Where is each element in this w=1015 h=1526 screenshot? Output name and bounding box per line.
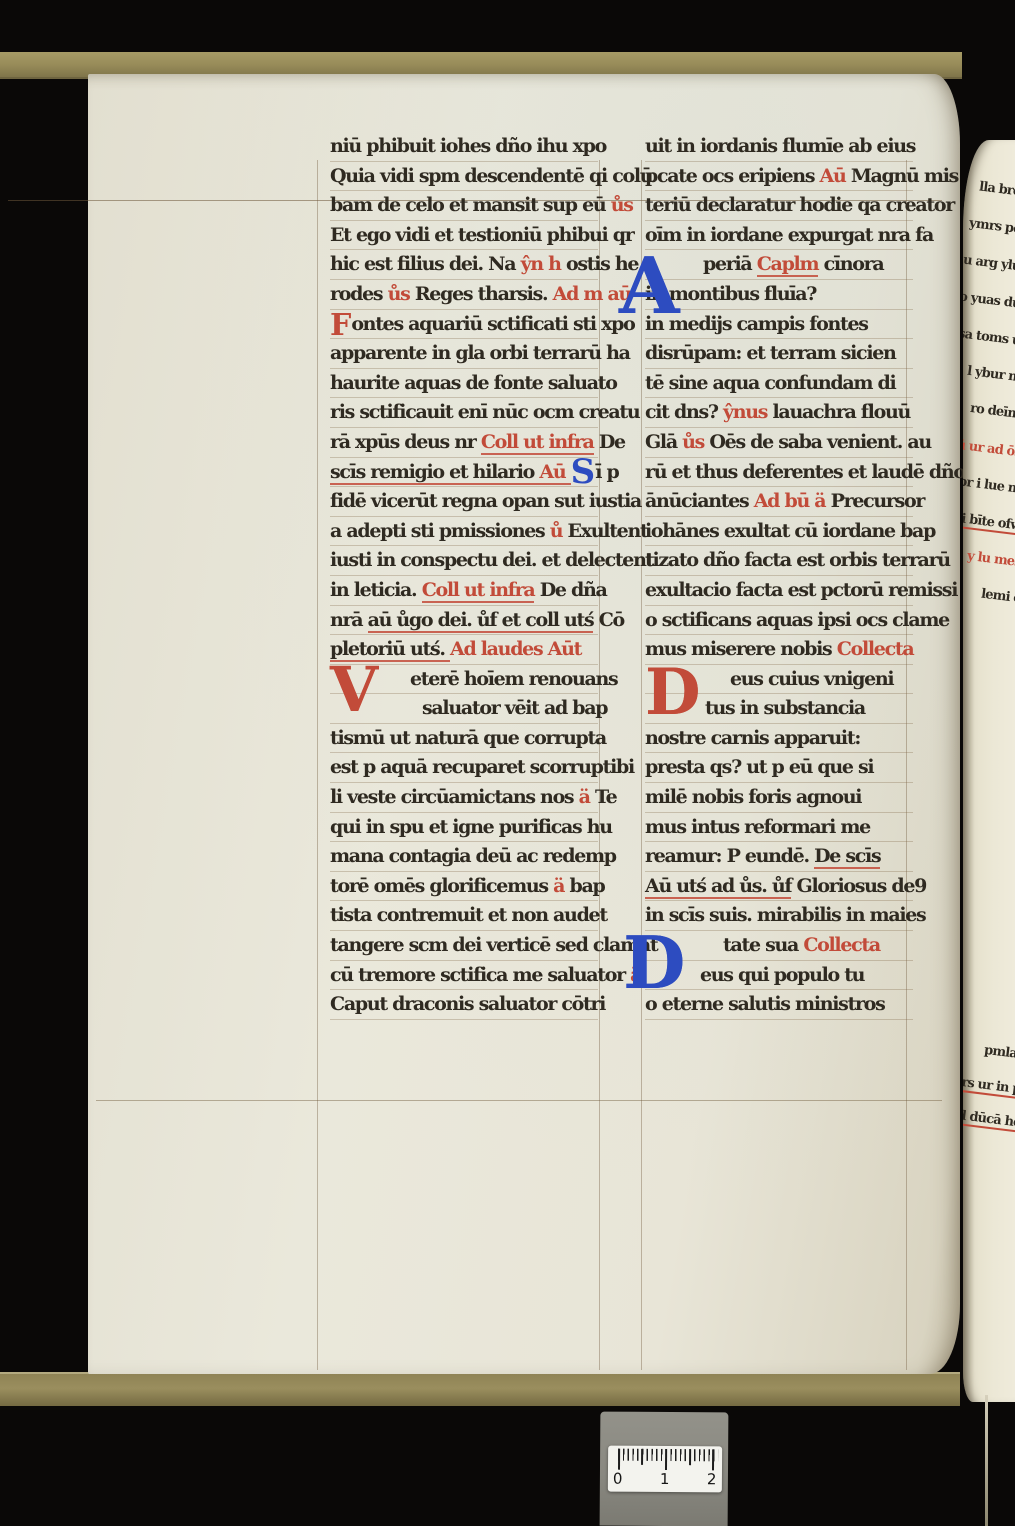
body-text: torē omēs glorificemus bbox=[330, 875, 553, 897]
manuscript-text-line: tangere scm dei verticē sed clamāt bbox=[330, 931, 598, 961]
edge-fragment: pmlai bbox=[983, 1043, 1015, 1062]
scale-ruler-card: 0 1 2 bbox=[600, 1412, 729, 1526]
manuscript-text-line: apparente in gla orbi terrarū ha bbox=[330, 339, 598, 369]
edge-fragment: lla brō bbox=[978, 180, 1015, 200]
body-text: Te bbox=[590, 786, 617, 808]
body-text: Et ego vidi et testioniū phibui qr bbox=[330, 224, 633, 246]
body-text: De bbox=[594, 431, 625, 453]
body-text: Glā bbox=[645, 431, 682, 453]
body-text: Quia vidi spm descendentē qi colū bbox=[330, 165, 652, 187]
body-text: bam de celo et mansit sup eū bbox=[330, 194, 611, 216]
manuscript-text-line: Quia vidi spm descendentē qi colū bbox=[330, 162, 598, 192]
body-text: rā xpūs deus nr bbox=[330, 431, 481, 453]
manuscript-text-line: Fontes aquariū sctificati sti xpo bbox=[330, 310, 598, 340]
body-text: exultacio facta est pctorū remissi bbox=[645, 579, 957, 601]
body-text: nostre carnis apparuit: bbox=[645, 727, 860, 749]
rubric-text: Collecta bbox=[803, 934, 880, 956]
body-text: fidē vicerūt regna opan sut iustia bbox=[330, 490, 641, 512]
rubric-text: ů bbox=[550, 520, 563, 542]
edge-fragment: y lu mes bbox=[966, 549, 1015, 570]
body-text: lauachra flouū bbox=[767, 401, 910, 423]
body-text: Precursor bbox=[831, 490, 924, 512]
page-edge-highlight bbox=[985, 1395, 988, 1526]
text-column-right: uit in iordanis flumīe ab eiuspcate ocs … bbox=[645, 132, 913, 1020]
ruler-tick-2 bbox=[712, 1449, 714, 1470]
manuscript-text-line: iusti in conspectu dei. et delectent bbox=[330, 546, 598, 576]
body-text: a adepti sti pmissiones bbox=[330, 520, 550, 542]
manuscript-text-line: rā xpūs deus nr Coll ut infra De bbox=[330, 428, 598, 458]
manuscript-text-line: scīs remigio et hilario Aū Sī p bbox=[330, 458, 598, 488]
body-text: iohānes exultat cū iordane bap bbox=[645, 520, 935, 542]
body-text: Exultent bbox=[562, 520, 647, 542]
body-text: est p aquā recuparet scorruptibi bbox=[330, 756, 634, 778]
manuscript-text-line: Aū utś ad ůs. ůf Gloriosus de9 bbox=[645, 872, 913, 902]
rubric-text: ůs bbox=[388, 283, 410, 305]
manuscript-text-line: tizato dño facta est orbis terrarū bbox=[645, 546, 913, 576]
body-text: presta qs? ut p eū que si bbox=[645, 756, 873, 778]
manuscript-text-line: qui in spu et igne purificas hu bbox=[330, 813, 598, 843]
ruling-horizontal-bottom bbox=[96, 1100, 942, 1101]
body-text: eterē hoīem renouans bbox=[410, 668, 617, 690]
body-text: niū phibuit iohes dño ihu xpo bbox=[330, 135, 606, 157]
body-text: cū tremore sctifica me saluator bbox=[330, 964, 630, 986]
body-text: in leticia. bbox=[330, 579, 422, 601]
body-text: Gloriosus de9 bbox=[791, 875, 926, 897]
edge-fragment: o yuas dū bbox=[963, 289, 1015, 311]
body-text: o sctificans aquas ipsi ocs clame bbox=[645, 609, 949, 631]
rubric-text: Aū bbox=[539, 461, 570, 485]
edge-fragment: ymrs po bbox=[968, 216, 1015, 237]
body-text: tate sua bbox=[723, 934, 803, 956]
body-text: periā bbox=[703, 253, 757, 275]
manuscript-text-line: teriū declaratur hodie qa creator bbox=[645, 191, 913, 221]
manuscript-text-line: est p aquā recuparet scorruptibi bbox=[330, 753, 598, 783]
body-text: Magnū mis bbox=[846, 165, 959, 187]
edge-fragment: dū ur ad ōs bbox=[963, 437, 1015, 461]
manuscript-text-line: tē sine aqua confundam di bbox=[645, 369, 913, 399]
body-text: ontes aquariū sctificati sti xpo bbox=[351, 313, 634, 335]
body-text: hic est filius dei. Na bbox=[330, 253, 521, 275]
manuscript-text-line: uit in iordanis flumīe ab eius bbox=[645, 132, 913, 162]
body-text: aū ůgo dei. ůf et coll utś bbox=[368, 609, 594, 633]
body-text: cīnora bbox=[818, 253, 883, 275]
manuscript-text-line: Et ego vidi et testioniū phibui qr bbox=[330, 221, 598, 251]
body-text: Reges tharsis. bbox=[410, 283, 553, 305]
manuscript-text-line: fidē vicerūt regna opan sut iustia bbox=[330, 487, 598, 517]
manuscript-text-line: disrūpam: et terram sicien bbox=[645, 339, 913, 369]
ruler-mm-ticks bbox=[618, 1449, 718, 1462]
rubric-text: Collecta bbox=[837, 638, 914, 660]
manuscript-text-line: oīm in iordane expurgat nra fa bbox=[645, 221, 913, 251]
body-text: qui in spu et igne purificas hu bbox=[330, 816, 612, 838]
manuscript-text-line: presta qs? ut p eū que si bbox=[645, 753, 913, 783]
illuminated-initial: D bbox=[623, 927, 685, 999]
illuminated-initial: D bbox=[645, 661, 701, 725]
edge-fragment: asd dūcā ho bbox=[963, 1106, 1015, 1132]
edge-fragment: i bīte ofw bbox=[963, 511, 1015, 535]
body-text: rodes bbox=[330, 283, 388, 305]
ruler-tick-15 bbox=[689, 1449, 691, 1465]
illuminated-initial: V bbox=[330, 659, 378, 721]
text-column-left: niū phibuit iohes dño ihu xpoQuia vidi s… bbox=[330, 132, 598, 1020]
body-text: in scīs suis. mirabilis in maies bbox=[645, 904, 925, 926]
book-bottom-edge-board bbox=[0, 1372, 960, 1406]
body-text: reamur: P eundē. bbox=[645, 845, 814, 867]
body-text: nrā bbox=[330, 609, 368, 631]
manuscript-text-line: mana contagia deū ac redemp bbox=[330, 842, 598, 872]
body-text: cit dns? bbox=[645, 401, 723, 423]
body-text: Caput draconis saluator cōtri bbox=[330, 993, 605, 1015]
facing-page-sliver: lla brōymrs pou arg yluo yuas dūsa toms … bbox=[963, 140, 1015, 1402]
body-text: rū et thus deferentes et laudē dño bbox=[645, 461, 965, 483]
manuscript-text-line: rū et thus deferentes et laudē dño bbox=[645, 458, 913, 488]
ruler-tick-05 bbox=[641, 1449, 643, 1465]
body-text: ānūciantes bbox=[645, 490, 754, 512]
rubric-text: Aū bbox=[820, 165, 846, 187]
photo-background: niū phibuit iohes dño ihu xpoQuia vidi s… bbox=[0, 0, 1015, 1526]
manuscript-text-line: reamur: P eundē. De scīs bbox=[645, 842, 913, 872]
body-text: eus cuius vnigeni bbox=[730, 668, 893, 690]
body-text: tē sine aqua confundam di bbox=[645, 372, 895, 394]
body-text: eus qui populo tu bbox=[700, 964, 864, 986]
body-text: oīm in iordane expurgat nra fa bbox=[645, 224, 933, 246]
manuscript-text-line: pcate ocs eripiens Aū Magnū mis bbox=[645, 162, 913, 192]
manuscript-text-line: torē omēs glorificemus ä bap bbox=[330, 872, 598, 902]
rubric-text: ŷn h bbox=[521, 253, 561, 275]
rubric-text: ä bbox=[579, 786, 590, 808]
left-page-edges bbox=[0, 77, 92, 1374]
ruler-tick-1 bbox=[665, 1449, 667, 1470]
manuscript-text-line: Glā ůs Oēs de saba venient. au bbox=[645, 428, 913, 458]
ruling-vertical-col1-left bbox=[317, 160, 318, 1370]
manuscript-text-line: o sctificans aquas ipsi ocs clame bbox=[645, 606, 913, 636]
manuscript-text-line: a adepti sti pmissiones ů Exultent bbox=[330, 517, 598, 547]
body-text: milē nobis foris agnoui bbox=[645, 786, 861, 808]
manuscript-text-line: li veste circūamictans nos ä Te bbox=[330, 783, 598, 813]
ruler-tick-0 bbox=[618, 1449, 620, 1470]
body-text: bap bbox=[564, 875, 604, 897]
manuscript-text-line: in medijs campis fontes bbox=[645, 310, 913, 340]
edge-fragment: sa toms u bbox=[963, 326, 1015, 349]
manuscript-text-line: cit dns? ŷnus lauachra flouū bbox=[645, 398, 913, 428]
body-text: tista contremuit et non audet bbox=[330, 904, 607, 926]
body-text: De scīs bbox=[814, 845, 880, 869]
manuscript-text-line: iohānes exultat cū iordane bap bbox=[645, 517, 913, 547]
body-text: mana contagia deū ac redemp bbox=[330, 845, 616, 867]
body-text: tangere scm dei verticē sed clamāt bbox=[330, 934, 657, 956]
rubric-text: Caplm bbox=[757, 253, 819, 277]
body-text: li veste circūamictans nos bbox=[330, 786, 579, 808]
manuscript-text-line: in leticia. Coll ut infra De dña bbox=[330, 576, 598, 606]
body-text: mus intus reformari me bbox=[645, 816, 870, 838]
body-text: apparente in gla orbi terrarū ha bbox=[330, 342, 630, 364]
manuscript-text-line: rodes ůs Reges tharsis. Ad m aū bbox=[330, 280, 598, 310]
manuscript-text-line: periā Caplm cīnora bbox=[645, 250, 913, 280]
body-text: saluator vēit ad bap bbox=[422, 697, 607, 719]
rubric-text: F bbox=[330, 308, 351, 343]
ruler-label-0: 0 bbox=[613, 1470, 623, 1488]
edge-fragment: br i lue m bbox=[963, 474, 1015, 497]
body-text: ris sctificauit enī nūc ocm creatu bbox=[330, 401, 639, 423]
manuscript-text-line: ris sctificauit enī nūc ocm creatu bbox=[330, 398, 598, 428]
manuscript-text-line: tista contremuit et non audet bbox=[330, 901, 598, 931]
manuscript-text-line: cū tremore sctifica me saluator ä bbox=[330, 961, 598, 991]
body-text: uit in iordanis flumīe ab eius bbox=[645, 135, 915, 157]
rubric-text: Ad laudes Aūt bbox=[450, 638, 581, 660]
manuscript-text-line: bam de celo et mansit sup eū ůs bbox=[330, 191, 598, 221]
manuscript-text-line: tismū ut naturā que corrupta bbox=[330, 724, 598, 754]
manuscript-text-line: mus intus reformari me bbox=[645, 813, 913, 843]
body-text: De dña bbox=[534, 579, 606, 601]
body-text: ī p bbox=[595, 461, 618, 483]
ruler-label-2: 2 bbox=[707, 1470, 717, 1488]
rubric-text: ŷnus bbox=[723, 401, 767, 423]
scale-ruler: 0 1 2 bbox=[608, 1446, 722, 1493]
rubric-text: Coll ut infra bbox=[422, 579, 535, 603]
manuscript-text-line: hic est filius dei. Na ŷn h ostis he bbox=[330, 250, 598, 280]
manuscript-text-line: ānūciantes Ad bū ä Precursor bbox=[645, 487, 913, 517]
body-text: scīs remigio et hilario bbox=[330, 461, 539, 485]
rubric-text: ůs bbox=[611, 194, 633, 216]
body-text: Cō bbox=[593, 609, 624, 631]
body-text: S bbox=[571, 452, 596, 492]
illuminated-initial: A bbox=[619, 248, 680, 326]
body-text: tus in substancia bbox=[705, 697, 865, 719]
manuscript-text-line: haurite aquas de fonte saluato bbox=[330, 369, 598, 399]
edge-fragment: l ybur m bbox=[966, 364, 1015, 386]
ruling-vertical-col2-left bbox=[641, 160, 642, 1370]
edge-fragment: ro deīm bbox=[970, 401, 1015, 422]
manuscript-text-line: niū phibuit iohes dño ihu xpo bbox=[330, 132, 598, 162]
edge-fragment: Ers ur in p bbox=[963, 1074, 1015, 1099]
rubric-text: ä bbox=[553, 875, 564, 897]
edge-fragment: u arg ylu bbox=[963, 253, 1015, 275]
manuscript-text-line: milē nobis foris agnoui bbox=[645, 783, 913, 813]
rubric-text: Ad bū ä bbox=[754, 490, 831, 512]
body-text: teriū declaratur hodie qa creator bbox=[645, 194, 954, 216]
body-text: Oēs de saba venient. au bbox=[704, 431, 931, 453]
body-text: disrūpam: et terram sicien bbox=[645, 342, 896, 364]
body-text: iusti in conspectu dei. et delectent bbox=[330, 549, 653, 571]
ruler-label-1: 1 bbox=[660, 1470, 670, 1488]
body-text: haurite aquas de fonte saluato bbox=[330, 372, 617, 394]
body-text: tizato dño facta est orbis terrarū bbox=[645, 549, 950, 571]
body-text: pcate ocs eripiens bbox=[645, 165, 820, 187]
body-text: tismū ut naturā que corrupta bbox=[330, 727, 606, 749]
manuscript-text-line: exultacio facta est pctorū remissi bbox=[645, 576, 913, 606]
manuscript-text-line: nrā aū ůgo dei. ůf et coll utś Cō bbox=[330, 606, 598, 636]
manuscript-text-line: Caput draconis saluator cōtri bbox=[330, 990, 598, 1020]
edge-fragment: lemi o bbox=[980, 587, 1015, 607]
rubric-text: ůs bbox=[682, 431, 704, 453]
manuscript-text-line: in montibus fluīa? bbox=[645, 280, 913, 310]
body-text: Aū utś ad ůs. ůf bbox=[645, 875, 791, 899]
